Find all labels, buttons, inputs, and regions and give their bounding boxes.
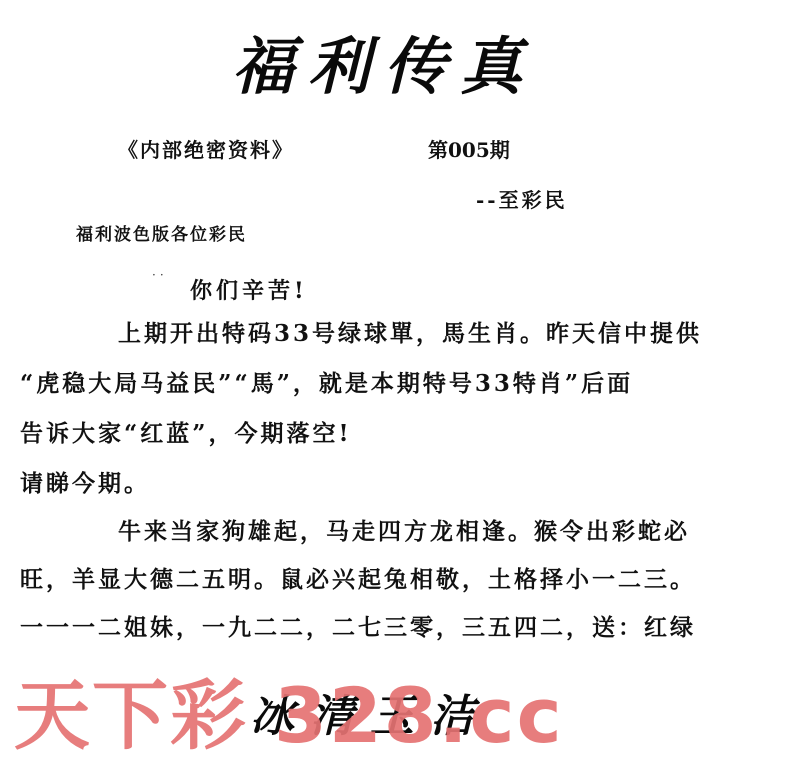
body-line: “虎稳大局马益民”“馬”，就是本期特号33特肖”后面 (20, 372, 633, 395)
body-line: 牛来当家狗雄起，马走四方龙相逢。猴令出彩蛇必 (118, 520, 690, 543)
watermark: 天下彩328.cc (14, 678, 564, 754)
body-line: 上期开出特码33号绿球單，馬生肖。昨天信中提供 (118, 322, 702, 345)
greeting: 你们辛苦! (190, 274, 308, 305)
watermark-cn: 天下彩 (14, 671, 248, 760)
watermark-domain: 328.cc (274, 671, 564, 760)
issue-number: 第005期 (428, 134, 510, 163)
document-subtitle: 《内部绝密资料》 (118, 134, 294, 163)
decorative-dots: ·· (152, 268, 168, 282)
addressee: 福利波色版各位彩民 (76, 220, 247, 245)
body-line: 旺，羊显大德二五明。鼠必兴起兔相敬，土格择小一二三。 (20, 568, 696, 591)
body-line: 告诉大家“红蓝”，今期落空! (20, 422, 352, 445)
body-line: 请睇今期。 (20, 472, 150, 495)
body-line: 一一一二姐妹，一九二二，二七三零，三五四二，送：红绿 (20, 616, 696, 639)
signature: --至彩民 (476, 184, 568, 213)
document-title: 福利传真 (232, 36, 536, 98)
